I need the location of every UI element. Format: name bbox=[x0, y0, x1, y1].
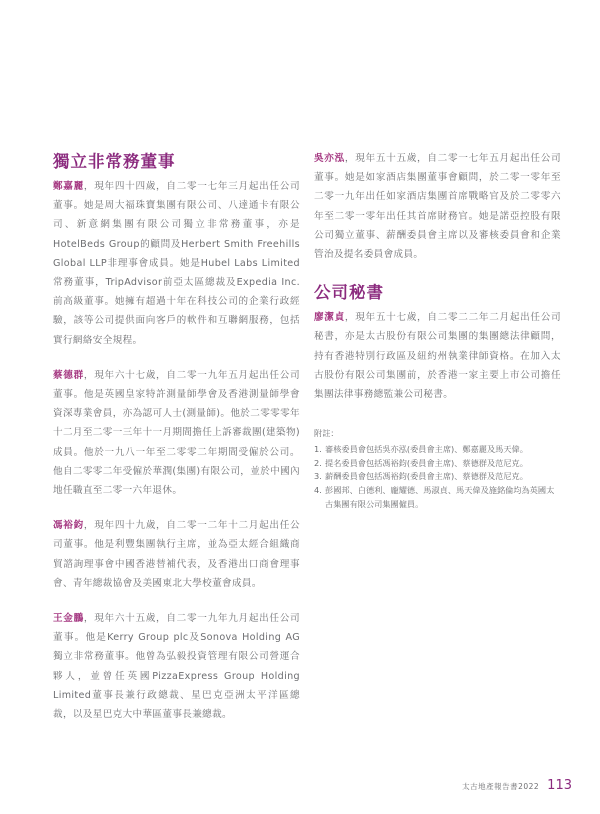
director-bio-text: ，現年四十九歲，自二零一二年十二月起出任公司董事。他是利豐集團執行主席，並為亞太… bbox=[53, 520, 300, 589]
section-heading-secretary: 公司秘書 bbox=[314, 282, 561, 304]
director-bio: 蔡德群，現年六十七歲，自二零一九年五月起出任公司董事。他是英國皇家特許測量師學會… bbox=[53, 366, 300, 500]
note-item: 4.彭國邦、白德利、龐耀德、馬淑貞、馬天偉及施銘倫均為英國太古集團有限公司集團僱… bbox=[314, 484, 561, 511]
page-footer: 太古地產報告書2022 113 bbox=[462, 778, 572, 793]
page-number: 113 bbox=[547, 778, 572, 793]
note-text: 彭國邦、白德利、龐耀德、馬淑貞、馬天偉及施銘倫均為英國太古集團有限公司集團僱員。 bbox=[325, 484, 561, 511]
director-bio: 吳亦泓，現年五十五歲，自二零一七年五月起出任公司董事。她是如家酒店集團董事會顧問… bbox=[314, 149, 561, 264]
note-text: 提名委員會包括馮裕鈞(委員會主席)、蔡德群及范尼克。 bbox=[325, 457, 561, 471]
note-item: 1.審核委員會包括吳亦泓(委員會主席)、鄭嘉麗及馬天偉。 bbox=[314, 443, 561, 457]
director-name: 吳亦泓 bbox=[314, 153, 345, 164]
director-bio-text: ，現年六十五歲，自二零一九年九月起出任公司董事。他是Kerry Group pl… bbox=[53, 613, 300, 720]
director-name: 王金鵬 bbox=[53, 613, 84, 624]
director-bio: 王金鵬，現年六十五歲，自二零一九年九月起出任公司董事。他是Kerry Group… bbox=[53, 609, 300, 724]
notes-title: 附註： bbox=[314, 426, 561, 440]
director-name: 蔡德群 bbox=[53, 370, 84, 381]
right-column: 吳亦泓，現年五十五歲，自二零一七年五月起出任公司董事。她是如家酒店集團董事會顧問… bbox=[314, 150, 561, 511]
director-bio-text: ，現年四十四歲，自二零一七年三月起出任公司董事。她是周大福珠寶集團有限公司、八達… bbox=[53, 181, 300, 346]
section-heading-inds: 獨立非常務董事 bbox=[53, 151, 300, 173]
note-number: 3. bbox=[314, 470, 325, 484]
director-name: 鄭嘉麗 bbox=[53, 181, 84, 192]
director-name: 馮裕鈞 bbox=[53, 520, 84, 531]
note-number: 2. bbox=[314, 457, 325, 471]
director-bio: 馮裕鈞，現年四十九歲，自二零一二年十二月起出任公司董事。他是利豐集團執行主席，並… bbox=[53, 516, 300, 593]
note-item: 2.提名委員會包括馮裕鈞(委員會主席)、蔡德群及范尼克。 bbox=[314, 457, 561, 471]
note-text: 薪酬委員會包括馮裕鈞(委員會主席)、蔡德群及范尼克。 bbox=[325, 470, 561, 484]
director-bio: 鄭嘉麗，現年四十四歲，自二零一七年三月起出任公司董事。她是周大福珠寶集團有限公司… bbox=[53, 177, 300, 350]
left-column: 獨立非常務董事 鄭嘉麗，現年四十四歲，自二零一七年三月起出任公司董事。她是周大福… bbox=[53, 150, 300, 740]
report-title: 太古地產報告書2022 bbox=[462, 781, 539, 792]
note-number: 4. bbox=[314, 484, 325, 511]
note-item: 3.薪酬委員會包括馮裕鈞(委員會主席)、蔡德群及范尼克。 bbox=[314, 470, 561, 484]
director-bio-text: ，現年五十五歲，自二零一七年五月起出任公司董事。她是如家酒店集團董事會顧問，於二… bbox=[314, 153, 561, 260]
secretary-name: 廖潔貞 bbox=[314, 312, 345, 323]
notes-list: 1.審核委員會包括吳亦泓(委員會主席)、鄭嘉麗及馬天偉。 2.提名委員會包括馮裕… bbox=[314, 443, 561, 511]
note-text: 審核委員會包括吳亦泓(委員會主席)、鄭嘉麗及馬天偉。 bbox=[325, 443, 561, 457]
secretary-bio: 廖潔貞，現年五十七歲，自二零二二年二月起出任公司秘書，亦是太古股份有限公司集團的… bbox=[314, 308, 561, 404]
note-number: 1. bbox=[314, 443, 325, 457]
secretary-bio-text: ，現年五十七歲，自二零二二年二月起出任公司秘書，亦是太古股份有限公司集團的集團總… bbox=[314, 312, 561, 400]
director-bio-text: ，現年六十七歲，自二零一九年五月起出任公司董事。他是英國皇家特許測量師學會及香港… bbox=[53, 370, 300, 496]
